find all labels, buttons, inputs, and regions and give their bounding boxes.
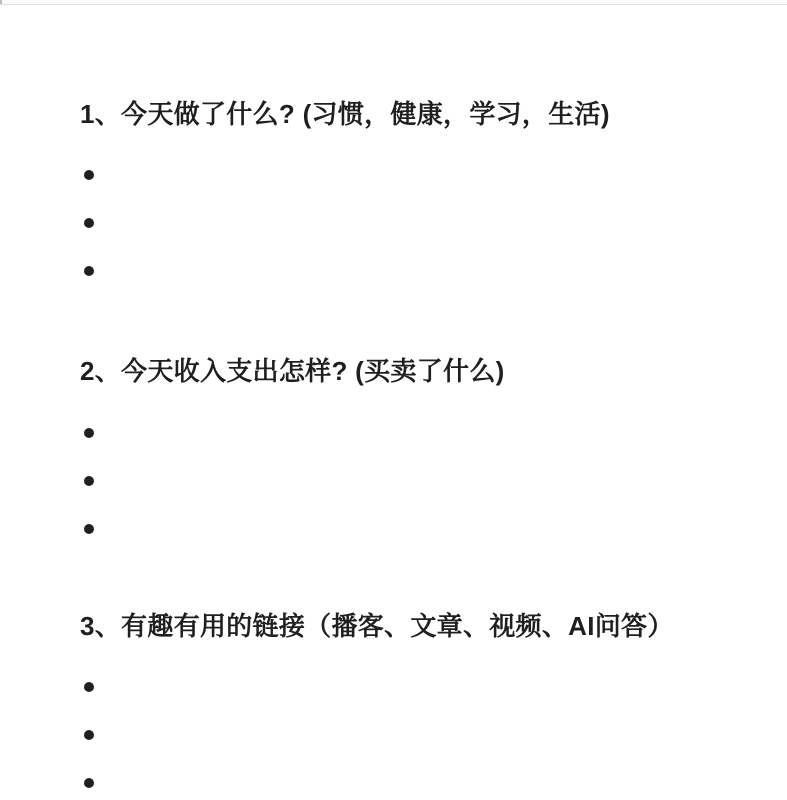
bullet-item[interactable]: [80, 247, 747, 295]
section-heading[interactable]: 3、有趣有用的链接（播客、文章、视频、AI问答）: [80, 610, 747, 642]
bullet-text[interactable]: [112, 258, 747, 284]
bullet-text[interactable]: [112, 162, 747, 188]
bullet-dot-icon: [84, 476, 94, 486]
bullet-text[interactable]: [112, 770, 747, 796]
bullet-item[interactable]: [80, 409, 747, 457]
document-section: 3、有趣有用的链接（播客、文章、视频、AI问答）: [80, 610, 747, 800]
bullet-dot-icon: [84, 428, 94, 438]
bullet-text[interactable]: [112, 722, 747, 748]
bullet-list: [80, 409, 747, 553]
bullet-text[interactable]: [112, 210, 747, 236]
bullet-item[interactable]: [80, 151, 747, 199]
bullet-text[interactable]: [112, 420, 747, 446]
window-edge-artifact: [0, 0, 2, 4]
document-section: 1、今天做了什么? (习惯，健康，学习，生活): [80, 98, 747, 296]
bullet-item[interactable]: [80, 711, 747, 759]
section-heading[interactable]: 2、今天收入支出怎样? (买卖了什么): [80, 355, 747, 387]
bullet-dot-icon: [84, 682, 94, 692]
bullet-dot-icon: [84, 218, 94, 228]
bullet-dot-icon: [84, 170, 94, 180]
bullet-text[interactable]: [112, 468, 747, 494]
bullet-item[interactable]: [80, 663, 747, 711]
bullet-text[interactable]: [112, 516, 747, 542]
section-heading[interactable]: 1、今天做了什么? (习惯，健康，学习，生活): [80, 98, 747, 130]
bullet-dot-icon: [84, 266, 94, 276]
bullet-dot-icon: [84, 730, 94, 740]
bullet-text[interactable]: [112, 674, 747, 700]
bullet-list: [80, 151, 747, 295]
bullet-dot-icon: [84, 524, 94, 534]
bullet-list: [80, 663, 747, 800]
bullet-item[interactable]: [80, 199, 747, 247]
bullet-dot-icon: [84, 778, 94, 788]
document-section: 2、今天收入支出怎样? (买卖了什么): [80, 355, 747, 553]
bullet-item[interactable]: [80, 505, 747, 553]
bullet-item[interactable]: [80, 457, 747, 505]
document-body[interactable]: 1、今天做了什么? (习惯，健康，学习，生活) 2、今天收入支出怎样? (买卖了…: [80, 0, 747, 800]
bullet-item[interactable]: [80, 759, 747, 800]
